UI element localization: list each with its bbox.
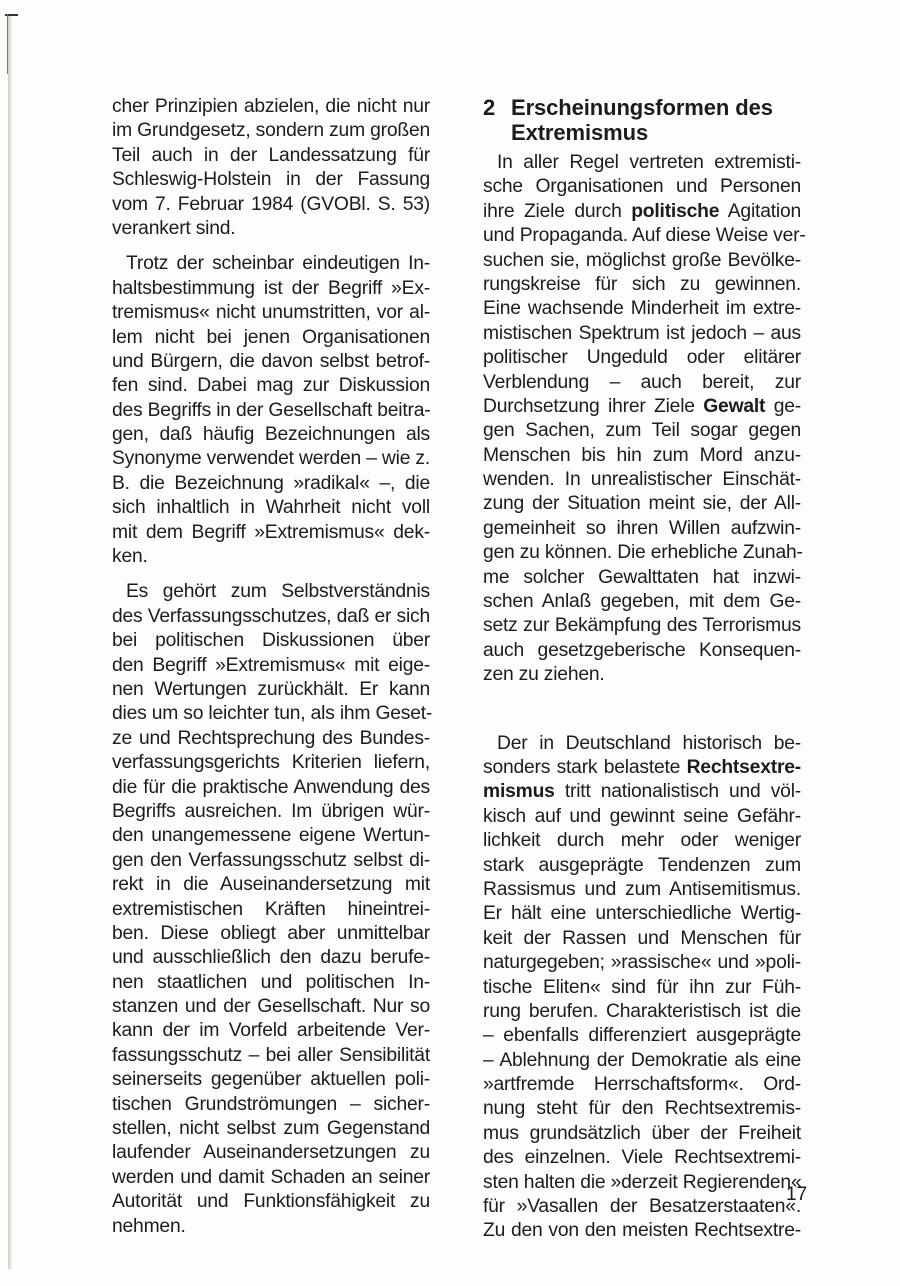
text-line: und Bürgern, die davon selbst betrof- [112,350,430,374]
text-line: zen zu ziehen. [483,663,801,687]
text-line: Synonyme verwendet werden – wie z. [112,447,430,471]
text-line: verfassungsgerichts Kriterien liefern, [112,751,430,775]
text-line: suchen sie, möglichst große Bevölke- [483,249,801,273]
text-line: zung der Situation meint sie, der All- [483,492,801,516]
text-line: rung berufen. Charakteristisch ist die [483,1000,801,1024]
crop-mark-vertical [7,14,8,74]
text-line: rekt in die Auseinandersetzung mit [112,873,430,897]
text-line: Trotz der scheinbar eindeutigen In- [112,252,430,276]
text-line: wenden. In unrealistischer Einschät- [483,468,801,492]
text-line: werden und damit Schaden an seiner [112,1166,430,1190]
text-line: sonders stark belastete Rechtsextre- [483,756,801,780]
section-number: 2 [483,95,511,120]
text-line: gen zu können. Die erhebliche Zunah- [483,541,801,565]
text-line: lem nicht bei jenen Organisationen [112,326,430,350]
text-line: me solcher Gewalttaten hat inzwi- [483,566,801,590]
text-line: gemeinheit so ihren Willen aufzwin- [483,517,801,541]
text-line: ze und Rechtsprechung des Bundes- [112,727,430,751]
text-line: stark ausgeprägte Tendenzen zum [483,854,801,878]
text-line: naturgegeben; »rassische« und »poli- [483,951,801,975]
text-line: seinerseits gegenüber aktuellen poli- [112,1068,430,1092]
text-line: Schleswig-Holstein in der Fassung [112,168,430,192]
text-line: Der in Deutschland historisch be- [483,732,801,756]
text-line: tremismus« nicht unumstritten, vor al- [112,301,430,325]
text-line: keit der Rassen und Menschen für [483,927,801,951]
text-line: Es gehört zum Selbstverständnis [112,580,430,604]
page-binding-edge [8,14,12,1269]
text-line: Durchsetzung ihrer Ziele Gewalt ge- [483,395,801,419]
text-line: sche Organisationen und Personen [483,175,801,199]
text-line: rungskreise für sich zu gewinnen. [483,273,801,297]
text-line: gen den Verfassungsschutz selbst di- [112,849,430,873]
text-line: des Verfassungsschutzes, daß er sich [112,605,430,629]
text-line: gen, daß häufig Bezeichnungen als [112,423,430,447]
text-line: vom 7. Februar 1984 (GVOBl. S. 53) [112,193,430,217]
text-line: ihre Ziele durch politische Agitation [483,200,801,224]
text-line: nehmen. [112,1215,430,1239]
section-heading: 2Erscheinungsformen des Extremismus [483,95,801,145]
text-line: – ebenfalls differenziert ausgeprägte [483,1024,801,1048]
text-line: die für die praktische Anwendung des [112,776,430,800]
text-line: Autorität und Funktionsfähigkeit zu [112,1190,430,1214]
text-line: mit dem Begriff »Extremismus« dek- [112,521,430,545]
text-line: des Begriffs in der Gesellschaft beitra- [112,399,430,423]
text-line: für »Vasallen der Besatzerstaaten«. [483,1195,801,1219]
text-line: Er hält eine unterschiedliche Wertig- [483,902,801,926]
paragraph-continued: cher Prinzipien abzielen, die nicht nur … [112,95,430,241]
text-line: Zu den von den meisten Rechtsextre- [483,1219,801,1243]
right-column: 2Erscheinungsformen des Extremismus In a… [483,95,801,1244]
text-line: Rassismus und zum Antisemitismus. [483,878,801,902]
text-line: laufender Auseinandersetzungen zu [112,1141,430,1165]
text-line: und Propaganda. Auf diese Weise ver- [483,224,801,248]
text-line: fen sind. Dabei mag zur Diskussion [112,374,430,398]
text-line: sich inhaltlich in Wahrheit nicht voll [112,496,430,520]
text-line: nung steht für den Rechtsextremis- [483,1097,801,1121]
text-line: stanzen und der Gesellschaft. Nur so [112,995,430,1019]
text-line: fassungsschutz – bei aller Sensibilität [112,1044,430,1068]
text-line: cher Prinzipien abzielen, die nicht nur [112,95,430,119]
page-number: 17 [786,1184,807,1206]
text-line: Begriffs ausreichen. Im übrigen wür- [112,800,430,824]
text-line: haltsbestimmung ist der Begriff »Ex- [112,277,430,301]
text-line: Teil auch in der Landessatzung für [112,144,430,168]
text-line: mus grundsätzlich über der Freiheit [483,1122,801,1146]
text-line: auch gesetzgeberische Konsequen- [483,639,801,663]
text-line: lichkeit durch mehr oder weniger [483,829,801,853]
text-line: politischer Ungeduld oder elitärer [483,346,801,370]
text-line: setz zur Bekämpfung des Terrorismus [483,614,801,638]
emphasis-gewalt: Gewalt [703,396,765,417]
text-line: im Grundgesetz, sondern zum großen [112,119,430,143]
text-line: stellen, nicht selbst zum Gegenstand [112,1117,430,1141]
text-line: schen Anlaß gegeben, mit dem Ge- [483,590,801,614]
text-line: gen Sachen, zum Teil sogar gegen [483,419,801,443]
text-line: In aller Regel vertreten extremisti- [483,151,801,175]
emphasis-rechtsextremismus-cont: mismus [483,781,555,802]
section-title-line2: Extremismus [483,120,801,145]
text-line: verankert sind. [112,217,430,241]
text-line: – Ablehnung der Demokratie als eine [483,1049,801,1073]
emphasis-rechtsextremismus: Rechtsextre- [687,757,801,778]
text-line: mismus tritt nationalistisch und völ- [483,780,801,804]
text-line: sten halten die »derzeit Regierenden« [483,1171,801,1195]
text-line: nen staatlichen und politischen In- [112,971,430,995]
text-line: ken. [112,545,430,569]
text-line: mistischen Spektrum ist jedoch – aus [483,322,801,346]
text-line: bei politischen Diskussionen über [112,629,430,653]
text-line: ben. Diese obliegt aber unmittelbar [112,922,430,946]
paragraph-erscheinungsformen: In aller Regel vertreten extremisti- sch… [483,151,801,688]
text-line: des einzelnen. Viele Rechtsextremi- [483,1146,801,1170]
text-line: extremistischen Kräften hineintrei- [112,898,430,922]
paragraph-selbstverstaendnis: Es gehört zum Selbstverständnis des Verf… [112,580,430,1239]
section-title-line1: Erscheinungsformen des [511,95,773,120]
text-line: B. die Bezeichnung »radikal« –, die [112,472,430,496]
emphasis-politische: politische [631,201,719,222]
text-line: Menschen bis hin zum Mord anzu- [483,444,801,468]
text-line: und ausschließlich den dazu berufe- [112,946,430,970]
text-line: dies um so leichter tun, als ihm Geset- [112,702,430,726]
text-line: Eine wachsende Minderheit im extre- [483,297,801,321]
paragraph-begriffsbestimmung: Trotz der scheinbar eindeutigen In- halt… [112,252,430,569]
text-line: den unangemessene eigene Wertun- [112,824,430,848]
text-line: kisch auf und gewinnt seine Gefähr- [483,805,801,829]
paragraph-rechtsextremismus: Der in Deutschland historisch be- sonder… [483,732,801,1244]
text-line: »artfremde Herrschaftsform«. Ord- [483,1073,801,1097]
text-line: nen Wertungen zurückhält. Er kann [112,678,430,702]
left-column: cher Prinzipien abzielen, die nicht nur … [112,95,430,1239]
text-line: tische Eliten« sind für ihn zur Füh- [483,976,801,1000]
text-line: Verblendung – auch bereit, zur [483,371,801,395]
text-line: kann der im Vorfeld arbeitende Ver- [112,1019,430,1043]
text-line: den Begriff »Extremismus« mit eige- [112,654,430,678]
text-line: tischen Grundströmungen – sicher- [112,1093,430,1117]
